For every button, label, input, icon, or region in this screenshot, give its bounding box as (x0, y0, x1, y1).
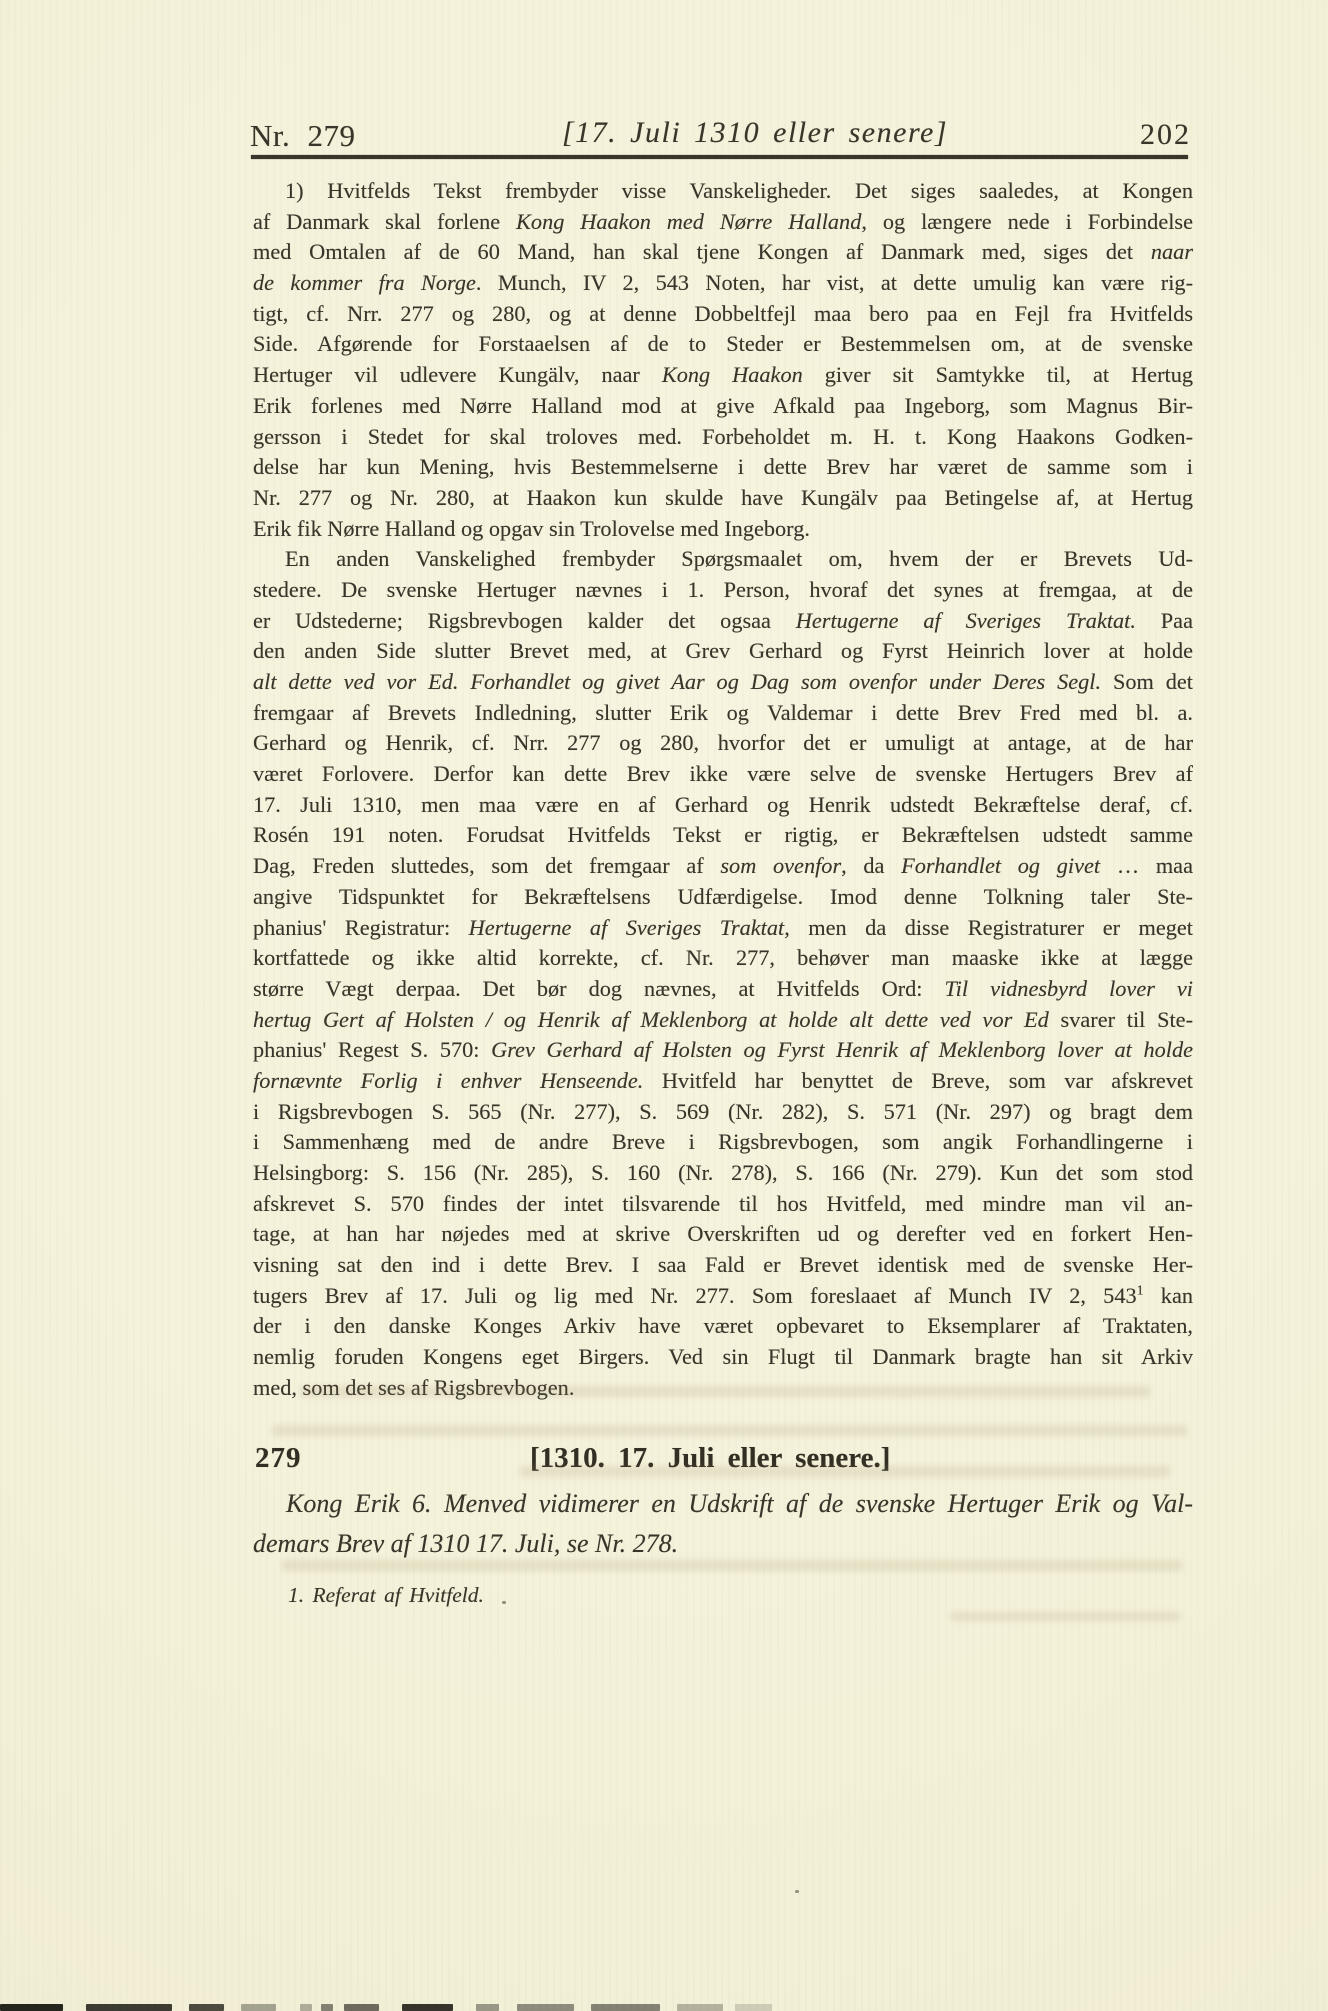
text-line: er Udstederne; Rigsbrevbogen kalder det … (253, 606, 1193, 637)
scan-edge-mark (86, 2004, 172, 2011)
text-line: Hertuger vil udlevere Kungälv, naar Kong… (253, 360, 1193, 391)
text-line: demars Brev af 1310 17. Juli, se Nr. 278… (253, 1524, 1193, 1564)
ink-showthrough-line (282, 1560, 1182, 1571)
text-line: været Forlovere. Derfor kan dette Brev i… (253, 759, 1193, 790)
scan-edge-mark (735, 2004, 772, 2011)
text-line: Nr. 277 og Nr. 280, at Haakon kun skulde… (253, 483, 1193, 514)
text-line: kortfattede og ikke altid korrekte, cf. … (253, 943, 1193, 974)
scan-edge-mark (476, 2004, 499, 2011)
text-line: Rosén 191 noten. Forudsat Hvitfelds Teks… (253, 820, 1193, 851)
text-line: alt dette ved vor Ed. Forhandlet og give… (253, 667, 1193, 698)
text-line: de kommer fra Norge. Munch, IV 2, 543 No… (253, 268, 1193, 299)
scan-edge-mark (241, 2004, 276, 2011)
text-line: den anden Side slutter Brevet med, at Gr… (253, 636, 1193, 667)
text-line: tugers Brev af 17. Juli og lig med Nr. 2… (253, 1281, 1193, 1312)
entry-summary: Kong Erik 6. Menved vidimerer en Udskrif… (253, 1484, 1193, 1564)
scan-edge-mark (517, 2004, 574, 2011)
scan-edge-mark (344, 2004, 379, 2011)
header-page-number: 202 (1140, 120, 1191, 150)
text-line: af Danmark skal forlene Kong Haakon med … (253, 207, 1193, 238)
text-line: stedere. De svenske Hertuger nævnes i 1.… (253, 575, 1193, 606)
scanned-book-page: Nr. 279 [17. Juli 1310 eller senere] 202… (0, 0, 1328, 2011)
text-line: i Rigsbrevbogen S. 565 (Nr. 277), S. 569… (253, 1097, 1193, 1128)
ink-showthrough-line (520, 1466, 1170, 1477)
text-line: Erik fik Nørre Halland og opgav sin Trol… (253, 514, 1193, 545)
header-rule (251, 155, 1188, 159)
scan-edge-mark (591, 2004, 660, 2011)
scan-edge-mark (321, 2004, 333, 2011)
entry-source-reference: 1. Referat af Hvitfeld. (255, 1580, 1155, 1610)
text-line: 17. Juli 1310, men maa være en af Gerhar… (253, 790, 1193, 821)
text-line: fornævnte Forlig i enhver Henseende. Hvi… (253, 1066, 1193, 1097)
scan-edge-mark (402, 2004, 453, 2011)
text-line: tigt, cf. Nrr. 277 og 280, og at denne D… (253, 299, 1193, 330)
text-line: større Vægt derpaa. Det bør dog nævnes, … (253, 974, 1193, 1005)
scan-edge-mark (677, 2004, 723, 2011)
entry-number: 279 (255, 1441, 302, 1476)
text-line: angive Tidspunktet for Bekræftelsens Udf… (253, 882, 1193, 913)
text-line: Dag, Freden sluttedes, som det fremgaar … (253, 851, 1193, 882)
footnote-commentary-text: 1) Hvitfelds Tekst frembyder visse Vansk… (253, 176, 1193, 1404)
reference-text: 1. Referat af Hvitfeld. (288, 1583, 484, 1607)
text-line: fremgaar af Brevets Indledning, slutter … (253, 698, 1193, 729)
text-line: Erik forlenes med Nørre Halland mod at g… (253, 391, 1193, 422)
text-line: i Sammenhæng med de andre Breve i Rigsbr… (253, 1127, 1193, 1158)
text-line: Kong Erik 6. Menved vidimerer en Udskrif… (253, 1484, 1193, 1524)
scan-edge-mark (0, 2004, 63, 2011)
text-line: 1) Hvitfelds Tekst frembyder visse Vansk… (253, 176, 1193, 207)
scan-edge-mark (189, 2004, 224, 2011)
ink-showthrough-line (950, 1612, 1180, 1621)
text-line: phanius' Regest S. 570: Grev Gerhard af … (253, 1035, 1193, 1066)
ink-showthrough-line (300, 1386, 1150, 1397)
paper-speck (795, 1890, 799, 1893)
text-line: afskrevet S. 570 findes der intet tilsva… (253, 1189, 1193, 1220)
scan-edge-mark (300, 2004, 312, 2011)
text-line: Gerhard og Henrik, cf. Nrr. 277 og 280, … (253, 728, 1193, 759)
text-line: tage, at han har nøjedes med at skrive O… (253, 1219, 1193, 1250)
paper-speck (502, 1601, 506, 1604)
header-date-title: [17. Juli 1310 eller senere] (562, 118, 948, 148)
text-line: En anden Vanskelighed frembyder Spørgsma… (253, 544, 1193, 575)
text-line: Helsingborg: S. 156 (Nr. 285), S. 160 (N… (253, 1158, 1193, 1189)
text-line: Side. Afgørende for Forstaaelsen af de t… (253, 329, 1193, 360)
text-line: visning sat den ind i dette Brev. I saa … (253, 1250, 1193, 1281)
text-line: der i den danske Konges Arkiv have været… (253, 1311, 1193, 1342)
text-line: med Omtalen af de 60 Mand, han skal tjen… (253, 237, 1193, 268)
text-line: hertug Gert af Holsten / og Henrik af Me… (253, 1005, 1193, 1036)
text-line: gersson i Stedet for skal troloves med. … (253, 422, 1193, 453)
header-entry-number: Nr. 279 (250, 120, 356, 151)
text-line: phanius' Registratur: Hertugerne af Sver… (253, 913, 1193, 944)
text-line: nemlig foruden Kongens eget Birgers. Ved… (253, 1342, 1193, 1373)
text-line: delse har kun Mening, hvis Bestemmelsern… (253, 452, 1193, 483)
ink-showthrough-line (272, 1425, 1187, 1436)
